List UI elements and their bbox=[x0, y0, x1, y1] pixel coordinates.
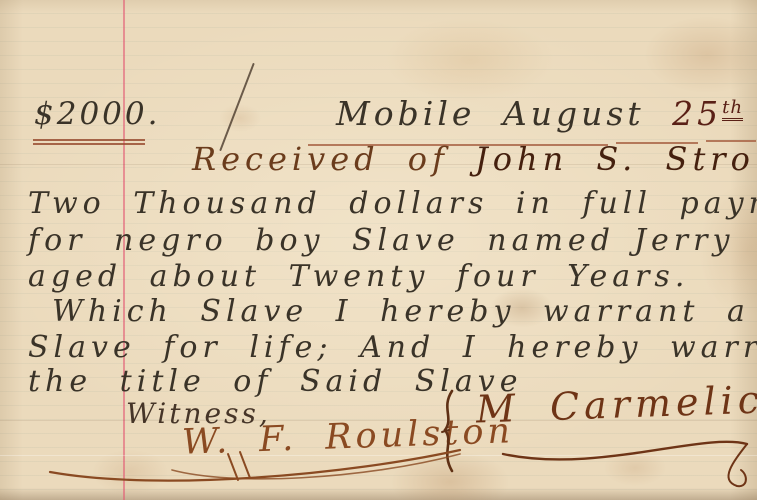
date-place: Mobile bbox=[336, 94, 475, 133]
document-scan: $2000. Mobile August 25th 1862 Received … bbox=[0, 0, 757, 500]
amount-underline bbox=[33, 139, 145, 141]
witness-signature-flourish bbox=[32, 438, 472, 494]
slave-name: Jerry bbox=[634, 223, 734, 258]
amount-figure: $2000. bbox=[34, 96, 160, 132]
body-line-warrant-2: Slave for life; And I hereby warrant bbox=[28, 330, 757, 365]
date-month: August bbox=[503, 94, 645, 133]
amount-underline bbox=[33, 143, 145, 145]
body-line-warrant-1: Which Slave I hereby warrant a bbox=[52, 294, 750, 329]
date-ordinal: th bbox=[722, 97, 743, 121]
received-prefix: Received of bbox=[192, 140, 449, 178]
payer-name: John S. Strong bbox=[475, 140, 757, 178]
body-line-age: aged about Twenty four Years. bbox=[28, 259, 689, 294]
dateline: Mobile August 25th 1862 bbox=[336, 94, 757, 133]
received-line: Received ofJohn S. Strong bbox=[192, 140, 757, 178]
date-day: 25 bbox=[672, 94, 722, 133]
body-line-description: for negro boy Slave named bbox=[28, 223, 615, 258]
seller-signature-flourish bbox=[495, 424, 757, 496]
body-line-payment: Two Thousand dollars in full payment bbox=[28, 186, 757, 221]
